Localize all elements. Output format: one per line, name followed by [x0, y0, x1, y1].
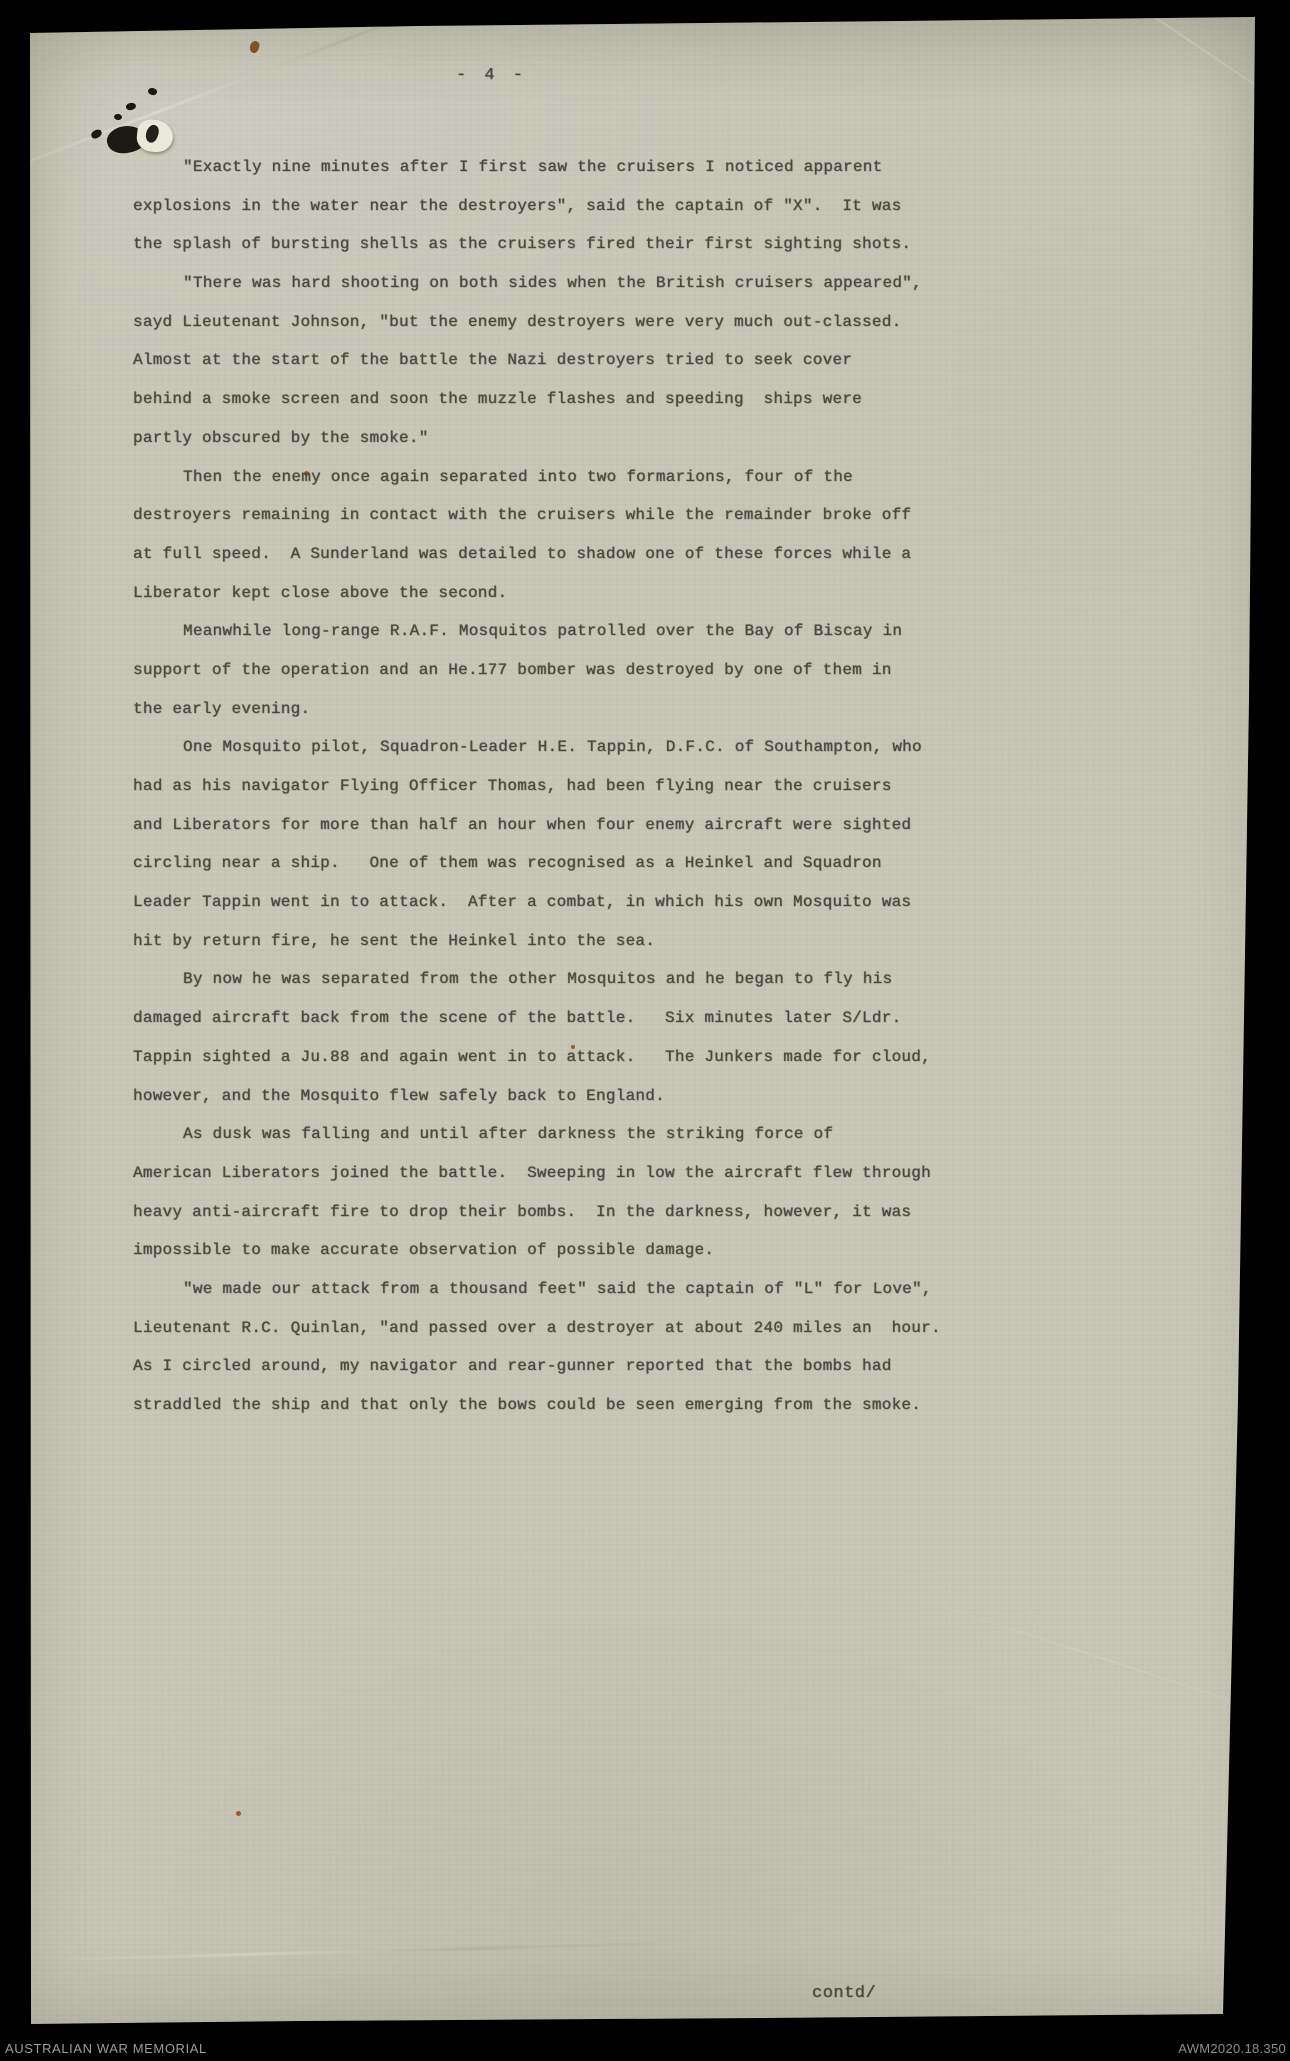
text-line: destroyers remaining in contact with the…: [133, 496, 963, 535]
text-line: Tappin sighted a Ju.88 and again went in…: [133, 1038, 963, 1077]
paper-stain-speck: [236, 1811, 241, 1816]
text-line: impossible to make accurate observation …: [133, 1231, 963, 1270]
paper-crease: [40, 1942, 680, 1962]
text-line: By now he was separated from the other M…: [133, 960, 963, 999]
document-page: - 4 - "Exactly nine minutes after I firs…: [0, 0, 1290, 2061]
text-line: the early evening.: [133, 690, 963, 729]
continuation-mark: contd/: [812, 1984, 876, 2003]
text-line: damaged aircraft back from the scene of …: [133, 999, 963, 1038]
page-number: - 4 -: [456, 66, 527, 85]
paper-hole: [147, 86, 158, 96]
paper-tear-shadow: [144, 123, 161, 144]
scanned-document: - 4 - "Exactly nine minutes after I firs…: [0, 0, 1290, 2061]
paper-hole: [125, 102, 136, 111]
text-line: support of the operation and an He.177 b…: [133, 651, 963, 690]
text-line: Meanwhile long-range R.A.F. Mosquitos pa…: [133, 612, 963, 651]
text-line: sayd Lieutenant Johnson, "but the enemy …: [133, 303, 963, 342]
text-line: hit by return fire, he sent the Heinkel …: [133, 922, 963, 961]
paper-stain-speck: [248, 40, 260, 54]
text-line: explosions in the water near the destroy…: [133, 187, 963, 226]
text-line: circling near a ship. One of them was re…: [133, 844, 963, 883]
paper-hole: [114, 113, 123, 120]
text-line: "There was hard shooting on both sides w…: [133, 264, 963, 303]
text-line: As I circled around, my navigator and re…: [133, 1347, 963, 1386]
text-line: Then the enemy once again separated into…: [133, 458, 963, 497]
text-line: Liberator kept close above the second.: [133, 574, 963, 613]
text-line: "we made our attack from a thousand feet…: [133, 1270, 963, 1309]
text-line: Leader Tappin went in to attack. After a…: [133, 883, 963, 922]
text-line: at full speed. A Sunderland was detailed…: [133, 535, 963, 574]
paper-crease: [1040, 0, 1290, 142]
text-line: Almost at the start of the battle the Na…: [133, 341, 963, 380]
text-line: and Liberators for more than half an hou…: [133, 806, 963, 845]
paper-hole: [90, 128, 103, 139]
text-line: however, and the Mosquito flew safely ba…: [133, 1077, 963, 1116]
text-line: partly obscured by the smoke.": [133, 419, 963, 458]
text-line: "Exactly nine minutes after I first saw …: [133, 148, 963, 187]
typed-text-block: "Exactly nine minutes after I first saw …: [133, 148, 963, 1425]
archive-label: AUSTRALIAN WAR MEMORIAL: [5, 2041, 207, 2056]
scan-footer-bar: AUSTRALIAN WAR MEMORIAL AWM2020.18.350: [0, 2035, 1290, 2061]
text-line: As dusk was falling and until after dark…: [133, 1115, 963, 1154]
text-line: straddled the ship and that only the bow…: [133, 1386, 963, 1425]
text-line: the splash of bursting shells as the cru…: [133, 225, 963, 264]
text-line: behind a smoke screen and soon the muzzl…: [133, 380, 963, 419]
text-line: American Liberators joined the battle. S…: [133, 1154, 963, 1193]
catalog-number: AWM2020.18.350: [1178, 2041, 1286, 2056]
text-line: had as his navigator Flying Officer Thom…: [133, 767, 963, 806]
text-line: heavy anti-aircraft fire to drop their b…: [133, 1193, 963, 1232]
text-line: Lieutenant R.C. Quinlan, "and passed ove…: [133, 1309, 963, 1348]
paper-crease: [910, 1595, 1290, 1727]
text-line: One Mosquito pilot, Squadron-Leader H.E.…: [133, 728, 963, 767]
